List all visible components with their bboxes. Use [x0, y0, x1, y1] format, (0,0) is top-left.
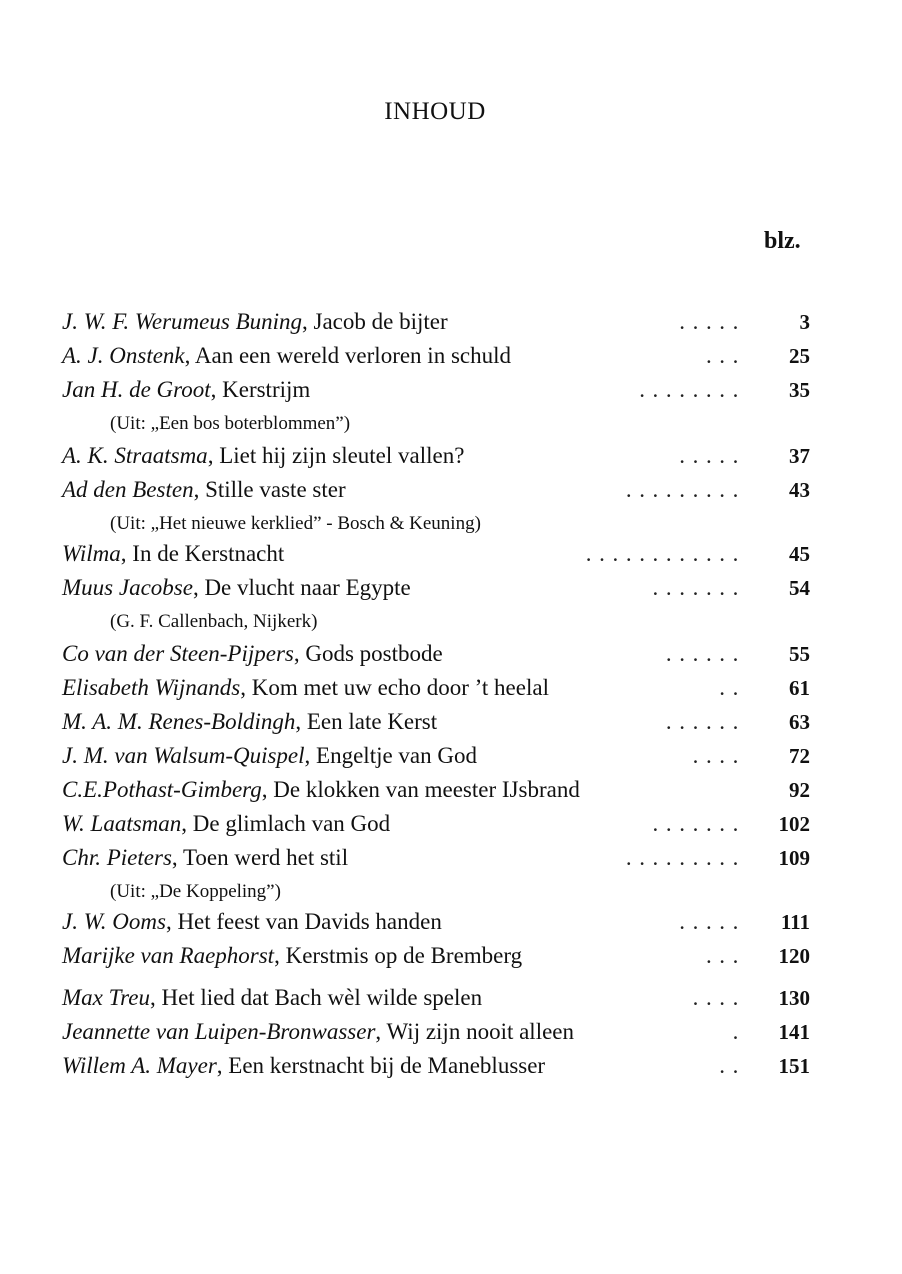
toc-entry-text: Willem A. Mayer, Een kerstnacht bij de M… — [62, 1050, 545, 1082]
toc-leader-dots: ..... — [679, 440, 746, 472]
toc-title: Een late Kerst — [307, 709, 437, 734]
toc-source-note: (Uit: „De Koppeling”) — [110, 878, 281, 906]
toc-separator: , — [193, 575, 205, 600]
toc-author: J. M. van Walsum-Quispel — [62, 743, 305, 768]
toc-author: J. W. Ooms — [62, 909, 166, 934]
toc-entry-text: J. W. Ooms, Het feest van Davids handen — [62, 906, 442, 938]
toc-title: De glimlach van God — [193, 811, 390, 836]
toc-entry: Marijke van Raephorst, Kerstmis op de Br… — [62, 940, 810, 972]
toc-page-number: 45 — [754, 538, 810, 570]
toc-title: Jacob de bijter — [314, 309, 448, 334]
toc-leader-dots: ..... — [679, 306, 746, 338]
toc-entry-text: Chr. Pieters, Toen werd het stil — [62, 842, 348, 874]
toc-source-note: (G. F. Callenbach, Nijkerk) — [110, 608, 317, 636]
toc-leader-dots: ...... — [666, 706, 746, 738]
toc-entry-text: Ad den Besten, Stille vaste ster — [62, 474, 346, 506]
toc-entry: M. A. M. Renes-Boldingh, Een late Kerst.… — [62, 706, 810, 738]
toc-separator: , — [208, 443, 220, 468]
toc-leader-dots: ............ — [586, 538, 746, 570]
toc-page-number: 3 — [754, 306, 810, 338]
toc-leader-dots: .... — [693, 740, 746, 772]
toc-entry-text: Jeannette van Luipen-Bronwasser, Wij zij… — [62, 1016, 574, 1048]
toc-entry-text: J. W. F. Werumeus Buning, Jacob de bijte… — [62, 306, 448, 338]
toc-entry-text: C.E.Pothast-Gimberg, De klokken van mees… — [62, 774, 580, 806]
toc-author: Ad den Besten — [62, 477, 194, 502]
toc-author: W. Laatsman — [62, 811, 181, 836]
toc-author: A. K. Straatsma — [62, 443, 208, 468]
toc-title: Stille vaste ster — [205, 477, 346, 502]
toc-title: Het lied dat Bach wèl wilde spelen — [161, 985, 482, 1010]
toc-page-number: 92 — [754, 774, 810, 806]
toc-author: C.E.Pothast-Gimberg — [62, 777, 262, 802]
toc-leader-dots: ....... — [653, 808, 746, 840]
toc-separator: , — [262, 777, 274, 802]
toc-entry: Willem A. Mayer, Een kerstnacht bij de M… — [62, 1050, 810, 1082]
toc-title: De vlucht naar Egypte — [204, 575, 410, 600]
toc-entry-text: Wilma, In de Kerstnacht — [62, 538, 284, 570]
toc-author: Muus Jacobse — [62, 575, 193, 600]
toc-entry: J. W. F. Werumeus Buning, Jacob de bijte… — [62, 306, 810, 338]
toc-title: Liet hij zijn sleutel vallen? — [219, 443, 464, 468]
toc-entry-text: A. J. Onstenk, Aan een wereld verloren i… — [62, 340, 511, 372]
toc-leader-dots: ........ — [639, 374, 746, 406]
toc-separator: , — [295, 709, 307, 734]
toc-author: Willem A. Mayer — [62, 1053, 217, 1078]
toc-entry: A. J. Onstenk, Aan een wereld verloren i… — [62, 340, 810, 372]
toc-leader-dots: ..... — [679, 906, 746, 938]
toc-source-note: (Uit: „Het nieuwe kerklied” - Bosch & Ke… — [110, 510, 481, 538]
toc-author: Elisabeth Wijnands — [62, 675, 240, 700]
toc-source-note: (Uit: „Een bos boterblommen”) — [110, 410, 350, 438]
toc-separator: , — [166, 909, 178, 934]
toc-leader-dots: ....... — [653, 572, 746, 604]
toc-entry-text: Elisabeth Wijnands, Kom met uw echo door… — [62, 672, 549, 704]
toc-title: Aan een wereld verloren in schuld — [195, 343, 511, 368]
toc-page-number: 130 — [754, 982, 810, 1014]
toc-page-number: 141 — [754, 1016, 810, 1048]
toc-entry: Elisabeth Wijnands, Kom met uw echo door… — [62, 672, 810, 704]
toc-separator: , — [217, 1053, 229, 1078]
toc-leader-dots: .... — [693, 982, 746, 1014]
toc-author: Co van der Steen-Pijpers — [62, 641, 294, 666]
toc-author: Jan H. de Groot — [62, 377, 211, 402]
toc-entry-text: A. K. Straatsma, Liet hij zijn sleutel v… — [62, 440, 464, 472]
toc-leader-dots: ......... — [626, 474, 746, 506]
toc-title: Engeltje van God — [316, 743, 477, 768]
toc-author: Chr. Pieters — [62, 845, 172, 870]
toc-leader-dots: ... — [706, 340, 746, 372]
page-column-header: blz. — [764, 228, 801, 255]
toc-entry-text: J. M. van Walsum-Quispel, Engeltje van G… — [62, 740, 477, 772]
toc-entry: Max Treu, Het lied dat Bach wèl wilde sp… — [62, 982, 810, 1014]
toc-separator: , — [294, 641, 306, 666]
toc-page-number: 55 — [754, 638, 810, 670]
toc-title: De klokken van meester IJsbrand — [273, 777, 580, 802]
toc-entry: Co van der Steen-Pijpers, Gods postbode.… — [62, 638, 810, 670]
toc-entry-text: W. Laatsman, De glimlach van God — [62, 808, 390, 840]
toc-leader-dots: ... — [706, 940, 746, 972]
toc-separator: , — [305, 743, 317, 768]
toc-entry: Muus Jacobse, De vlucht naar Egypte.....… — [62, 572, 810, 604]
toc-separator: , — [150, 985, 162, 1010]
toc-separator: , — [185, 343, 195, 368]
toc-title: Kerstrijm — [222, 377, 310, 402]
toc-page-number: 151 — [754, 1050, 810, 1082]
toc-entry-text: M. A. M. Renes-Boldingh, Een late Kerst — [62, 706, 437, 738]
toc-page-number: 72 — [754, 740, 810, 772]
toc-separator: , — [121, 541, 133, 566]
toc-page-number: 61 — [754, 672, 810, 704]
toc-title: Een kerstnacht bij de Maneblusser — [228, 1053, 545, 1078]
toc-page-number: 102 — [754, 808, 810, 840]
toc-separator: , — [302, 309, 314, 334]
toc-page-number: 109 — [754, 842, 810, 874]
toc-title: In de Kerstnacht — [132, 541, 284, 566]
toc-separator: , — [240, 675, 252, 700]
toc-title: Kom met uw echo door ’t heelal — [252, 675, 549, 700]
toc-entry-text: Marijke van Raephorst, Kerstmis op de Br… — [62, 940, 522, 972]
page-title: INHOUD — [0, 98, 870, 126]
toc-entry: Wilma, In de Kerstnacht............45 — [62, 538, 810, 570]
toc-leader-dots: ...... — [666, 638, 746, 670]
toc-title: Wij zijn nooit alleen — [387, 1019, 575, 1044]
toc-leader-dots: . — [733, 1016, 746, 1048]
toc-page-number: 111 — [754, 906, 810, 938]
toc-author: Marijke van Raephorst — [62, 943, 274, 968]
toc-leader-dots: .. — [719, 1050, 746, 1082]
toc-page-number: 54 — [754, 572, 810, 604]
toc-author: M. A. M. Renes-Boldingh — [62, 709, 295, 734]
toc-entry: C.E.Pothast-Gimberg, De klokken van mees… — [62, 774, 810, 806]
toc-author: Jeannette van Luipen-Bronwasser — [62, 1019, 375, 1044]
toc-entry-text: Jan H. de Groot, Kerstrijm — [62, 374, 310, 406]
toc-entry: J. W. Ooms, Het feest van Davids handen.… — [62, 906, 810, 938]
toc-page-number: 35 — [754, 374, 810, 406]
toc-title: Het feest van Davids handen — [177, 909, 441, 934]
toc-entry: Jan H. de Groot, Kerstrijm........35 — [62, 374, 810, 406]
toc-page-number: 37 — [754, 440, 810, 472]
toc-author: A. J. Onstenk — [62, 343, 185, 368]
toc-leader-dots: ......... — [626, 842, 746, 874]
toc-title: Kerstmis op de Bremberg — [286, 943, 523, 968]
toc-separator: , — [211, 377, 223, 402]
toc-page-number: 120 — [754, 940, 810, 972]
toc-page-number: 63 — [754, 706, 810, 738]
toc-entry: A. K. Straatsma, Liet hij zijn sleutel v… — [62, 440, 810, 472]
toc-entry-text: Muus Jacobse, De vlucht naar Egypte — [62, 572, 411, 604]
toc-entry: Ad den Besten, Stille vaste ster........… — [62, 474, 810, 506]
toc-separator: , — [375, 1019, 386, 1044]
toc-title: Gods postbode — [305, 641, 442, 666]
toc-entry-text: Max Treu, Het lied dat Bach wèl wilde sp… — [62, 982, 482, 1014]
toc-entry: Chr. Pieters, Toen werd het stil........… — [62, 842, 810, 874]
toc-author: Max Treu — [62, 985, 150, 1010]
toc-separator: , — [274, 943, 286, 968]
toc-page-number: 25 — [754, 340, 810, 372]
toc-separator: , — [181, 811, 193, 836]
toc-entry: J. M. van Walsum-Quispel, Engeltje van G… — [62, 740, 810, 772]
toc-title: Toen werd het stil — [183, 845, 348, 870]
toc-separator: , — [194, 477, 206, 502]
toc-entry-text: Co van der Steen-Pijpers, Gods postbode — [62, 638, 443, 670]
toc-author: Wilma — [62, 541, 121, 566]
toc-entry: Jeannette van Luipen-Bronwasser, Wij zij… — [62, 1016, 810, 1048]
toc-leader-dots: .. — [719, 672, 746, 704]
toc-author: J. W. F. Werumeus Buning — [62, 309, 302, 334]
toc-separator: , — [172, 845, 183, 870]
toc-entry: W. Laatsman, De glimlach van God.......1… — [62, 808, 810, 840]
toc-page-number: 43 — [754, 474, 810, 506]
